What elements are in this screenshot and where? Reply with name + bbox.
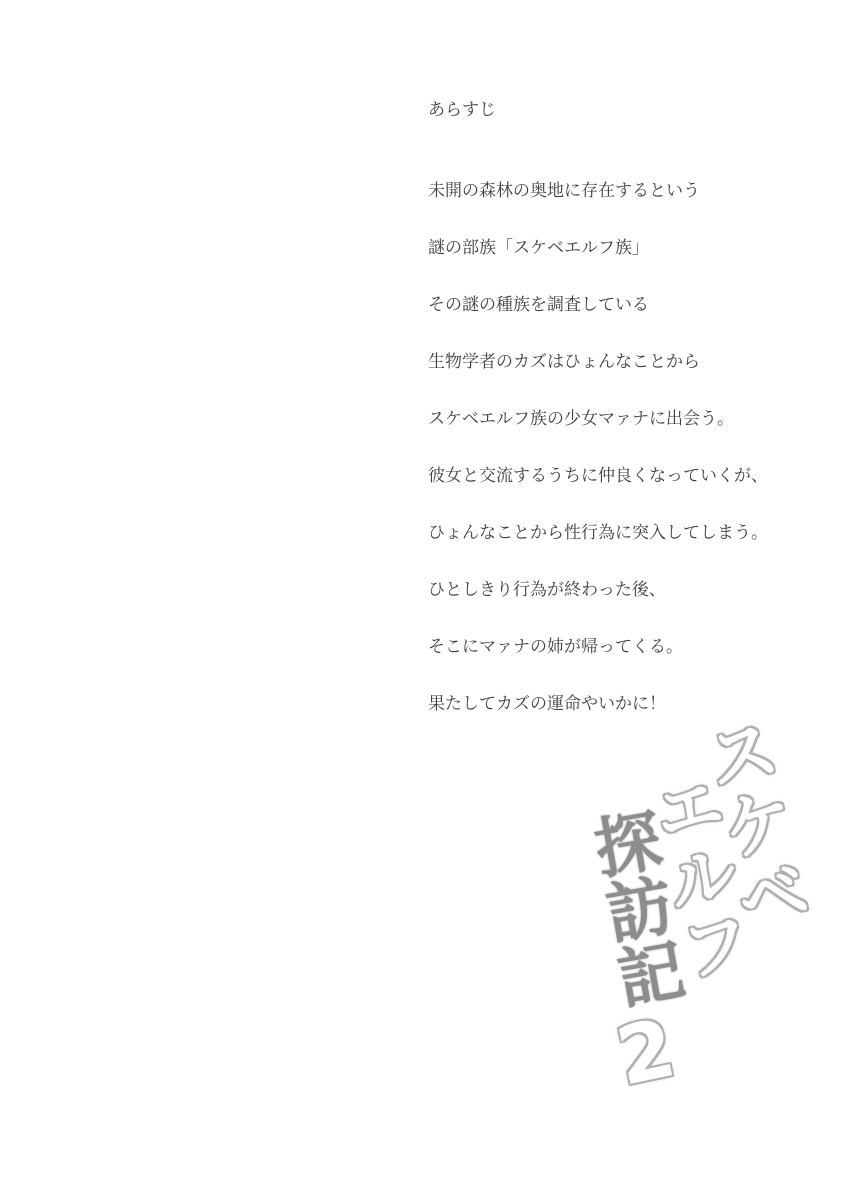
synopsis-line: 彼女と交流するうちに仲良くなっていくが、 xyxy=(428,464,808,488)
synopsis-block: あらすじ 未開の森林の奥地に存在するという 謎の部族「スケベエルフ族」 その謎の… xyxy=(428,98,808,749)
synopsis-line: ひょんなことから性行為に突入してしまう。 xyxy=(428,521,808,545)
scanned-synopsis-page: あらすじ 未開の森林の奥地に存在するという 謎の部族「スケベエルフ族」 その謎の… xyxy=(0,0,850,1190)
synopsis-line: 謎の部族「スケベエルフ族」 xyxy=(428,236,808,260)
synopsis-line: ひとしきり行為が終わった後、 xyxy=(428,578,808,602)
synopsis-line: 果たしてカズの運命やいかに！ xyxy=(428,692,808,716)
synopsis-line: スケベエルフ族の少女マァナに出会う。 xyxy=(428,407,808,431)
logo-volume-number: 2 xyxy=(609,1001,683,1104)
logo-text-tanbouki: 探訪記 xyxy=(583,806,682,1012)
logo-text-elf: エルフ xyxy=(643,767,752,986)
synopsis-line: 生物学者のカズはひょんなことから xyxy=(428,350,808,374)
synopsis-heading: あらすじ xyxy=(428,98,808,122)
synopsis-line: そこにマァナの姉が帰ってくる。 xyxy=(428,635,808,659)
synopsis-line: その謎の種族を調査している xyxy=(428,293,808,317)
synopsis-line: 未開の森林の奥地に存在するという xyxy=(428,179,808,203)
